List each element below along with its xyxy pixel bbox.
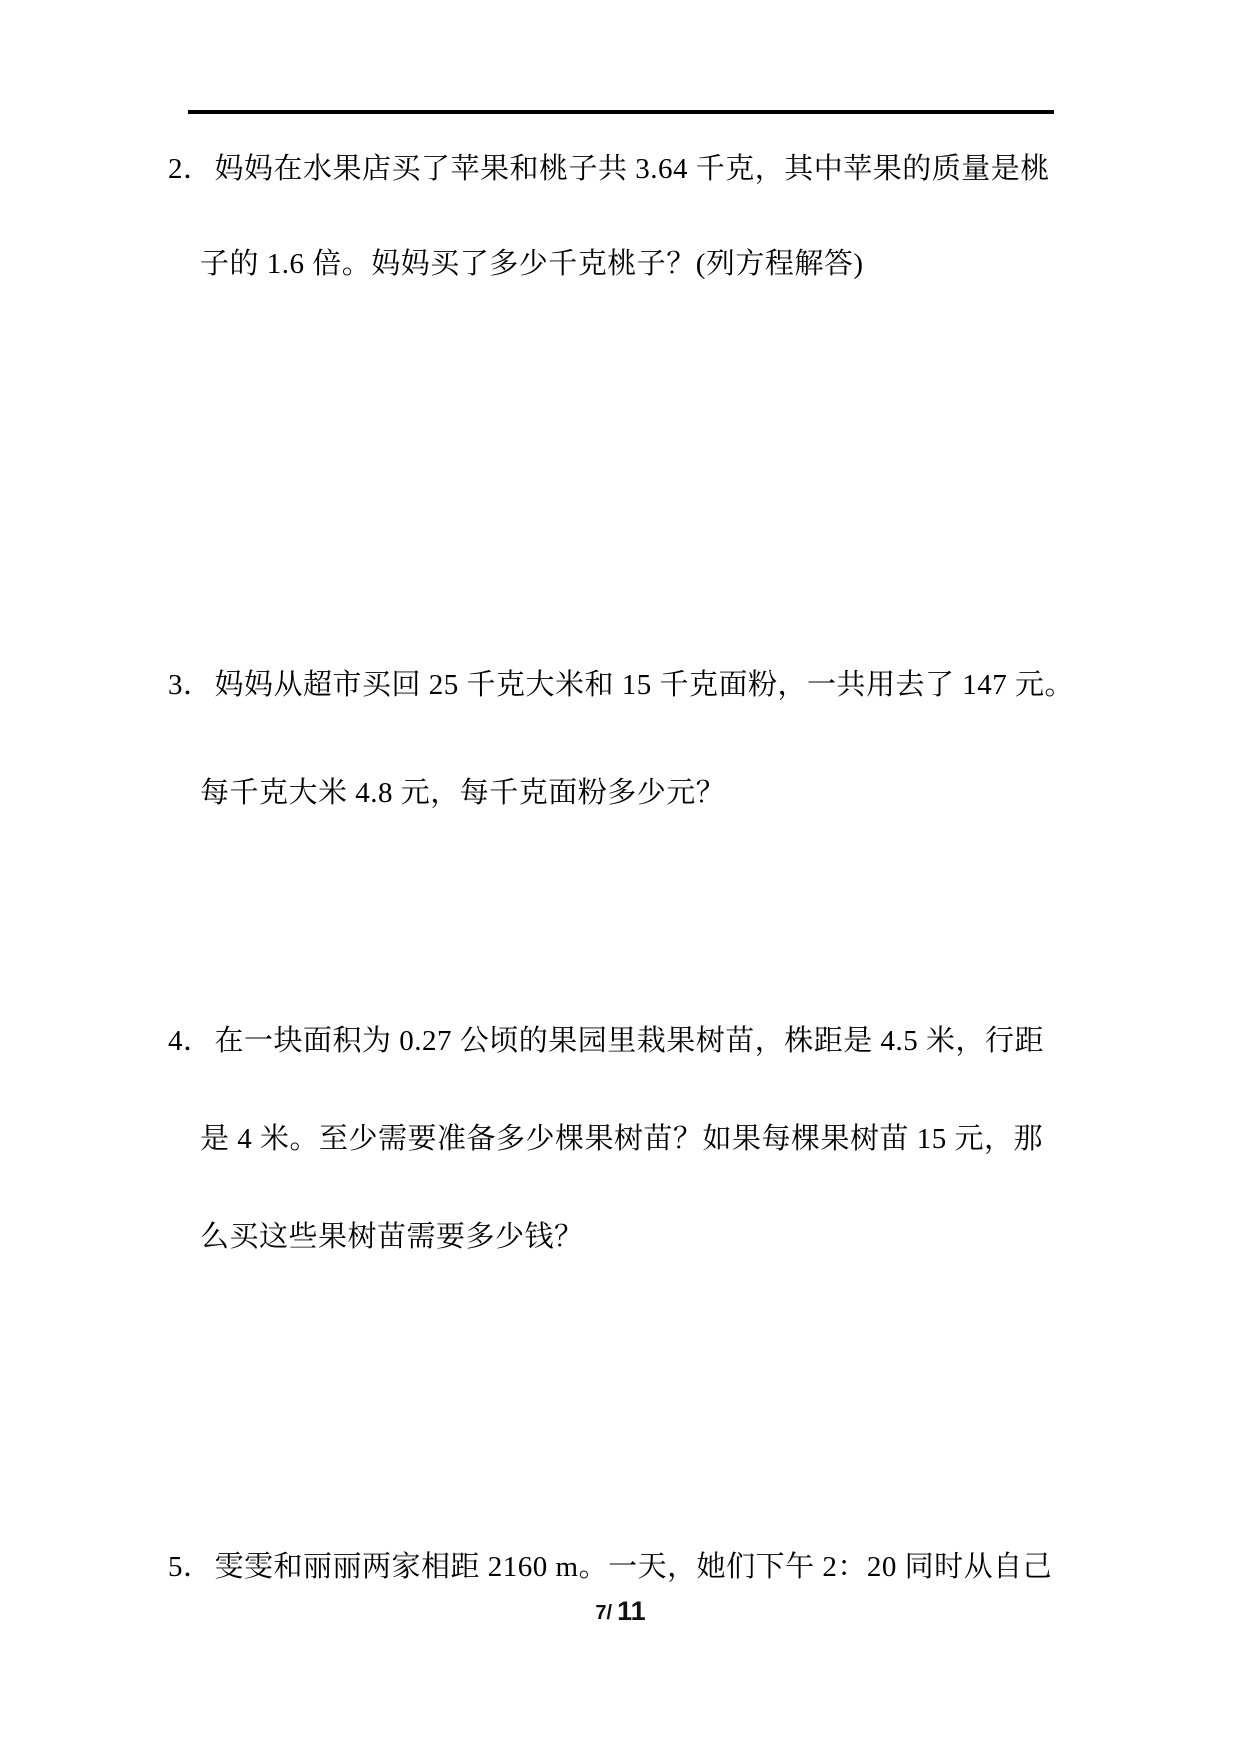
- total-pages-label: 11: [617, 1596, 646, 1626]
- problem-3-line-2: 每千克大米 4.8 元，每千克面粉多少元？: [200, 776, 725, 810]
- section-divider: [188, 110, 1054, 114]
- problem-4-number: 4．: [168, 1024, 213, 1058]
- problem-4-text-1: 在一块面积为 0.27 公顷的果园里栽果树苗，株距是 4.5 米，行距: [215, 1025, 1045, 1057]
- page-number: 7/11: [0, 1596, 1241, 1627]
- worksheet-page: 2．妈妈在水果店买了苹果和桃子共 3.64 千克，其中苹果的质量是桃 子的 1.…: [0, 0, 1241, 1754]
- problem-4-line-1: 4．在一块面积为 0.27 公顷的果园里栽果树苗，株距是 4.5 米，行距: [168, 1024, 1044, 1058]
- current-page-label: 7/: [595, 1602, 612, 1624]
- problem-2-line-1: 2．妈妈在水果店买了苹果和桃子共 3.64 千克，其中苹果的质量是桃: [168, 152, 1050, 186]
- problem-4-line-3: 么买这些果树苗需要多少钱？: [200, 1220, 584, 1254]
- problem-3-line-1: 3．妈妈从超市买回 25 千克大米和 15 千克面粉，一共用去了 147 元。: [168, 668, 1074, 702]
- problem-3-text-1: 妈妈从超市买回 25 千克大米和 15 千克面粉，一共用去了 147 元。: [215, 669, 1075, 701]
- problem-2-number: 2．: [168, 152, 213, 186]
- problem-5-text-1: 雯雯和丽丽两家相距 2160 m。一天，她们下午 2：20 同时从自己: [215, 1551, 1053, 1583]
- problem-3-number: 3．: [168, 668, 213, 702]
- problem-5-number: 5．: [168, 1550, 213, 1584]
- problem-2-line-2: 子的 1.6 倍。妈妈买了多少千克桃子？(列方程解答): [200, 247, 864, 281]
- problem-4-line-2: 是 4 米。至少需要准备多少棵果树苗？如果每棵果树苗 15 元，那: [200, 1122, 1043, 1156]
- problem-2-text-1: 妈妈在水果店买了苹果和桃子共 3.64 千克，其中苹果的质量是桃: [215, 153, 1050, 185]
- problem-5-line-1: 5．雯雯和丽丽两家相距 2160 m。一天，她们下午 2：20 同时从自己: [168, 1550, 1052, 1584]
